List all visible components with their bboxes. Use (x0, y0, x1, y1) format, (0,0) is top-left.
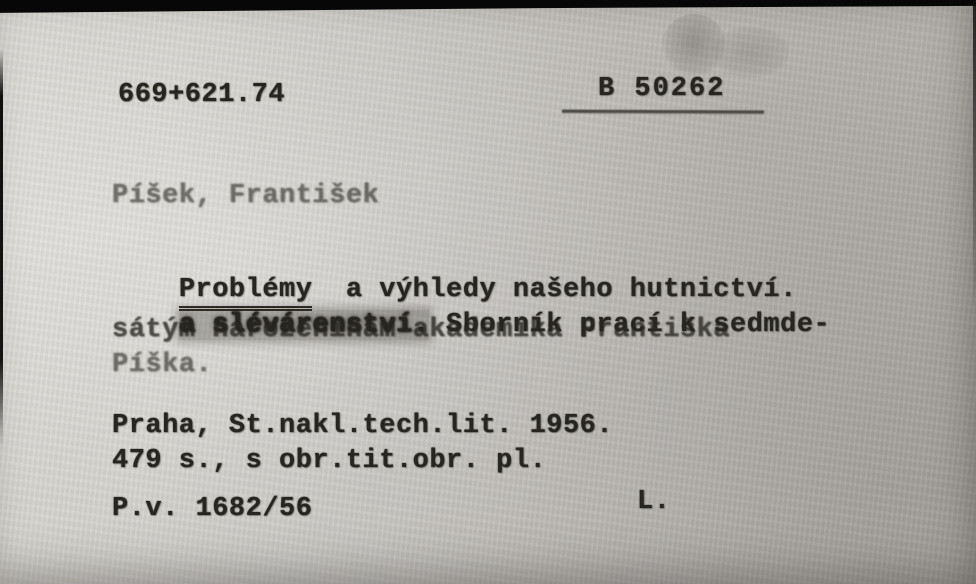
scan-edge-top (0, 0, 976, 14)
title-line-3: sátým narozeninám akademika Františka (112, 315, 730, 345)
accession-underline (562, 110, 764, 114)
cataloguer-mark: L. (637, 487, 670, 517)
author-line: Píšek, František (112, 181, 379, 211)
paper-stain (712, 26, 790, 78)
accession-number: B 50262 (598, 74, 725, 104)
collation-line: 479 s., s obr.tit.obr. pl. (112, 446, 546, 476)
scan-edge-left (0, 48, 3, 448)
call-number: 669+621.74 (118, 80, 285, 110)
catalog-card: 669+621.74 B 50262 Píšek, František Prob… (0, 0, 976, 584)
title-line-4: Píška. (112, 350, 212, 380)
imprint-line: Praha, St.nakl.tech.lit. 1956. (112, 411, 613, 441)
record-number: P.v. 1682/56 (112, 494, 312, 524)
